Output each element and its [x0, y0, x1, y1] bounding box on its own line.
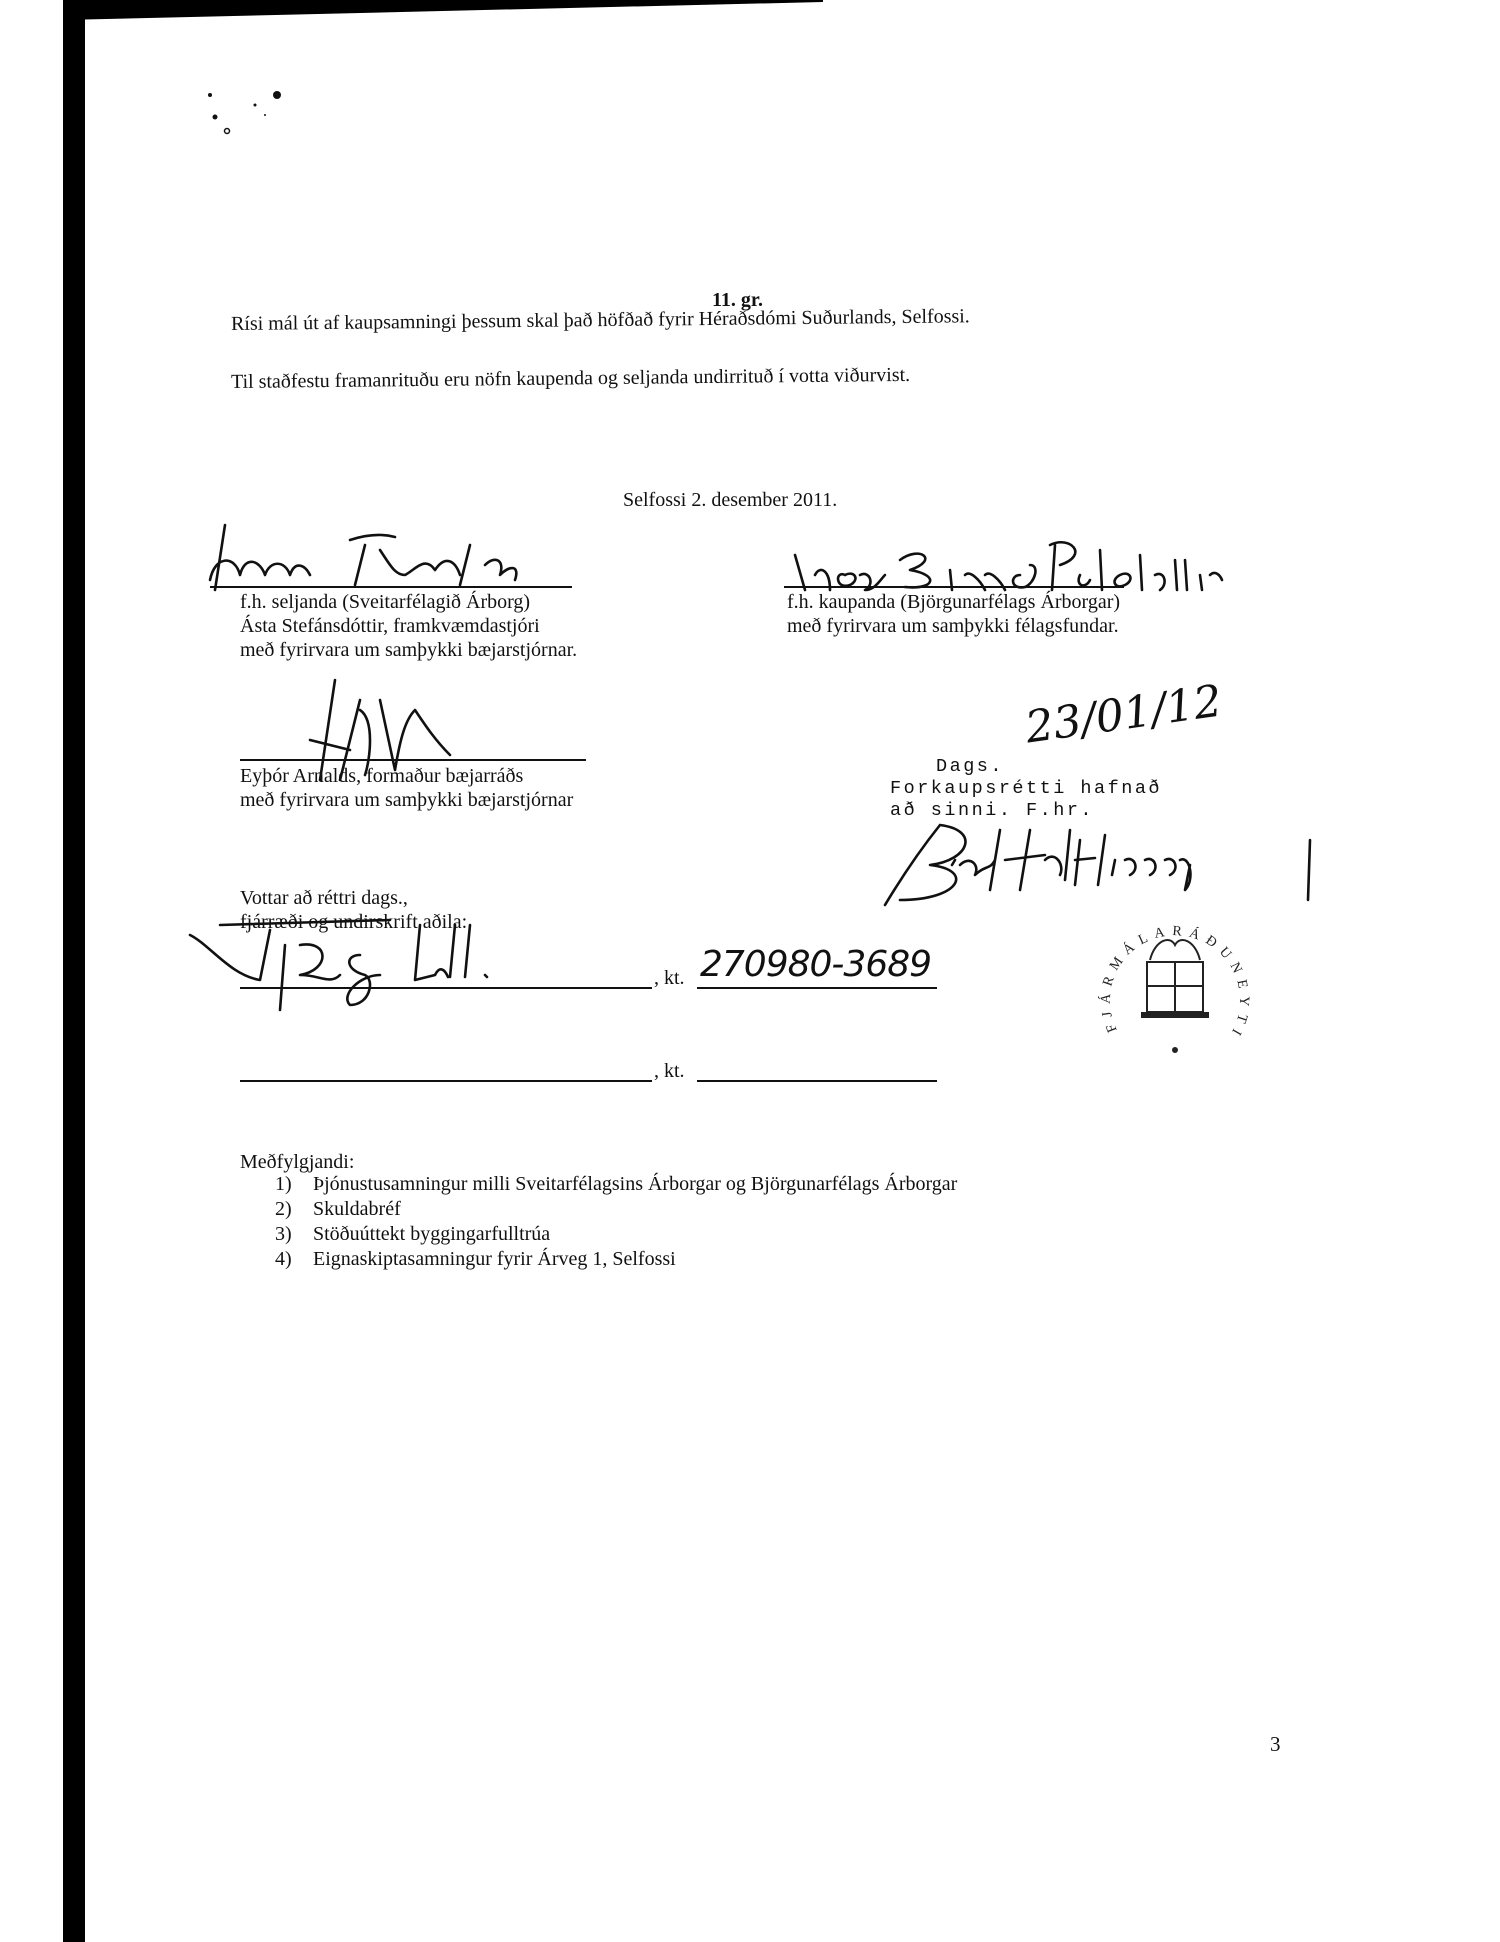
- attachments-list: 1)Þjónustusamningur milli Sveitarfélagsi…: [275, 1172, 957, 1272]
- stamp-text: FJÁRMÁLARÁÐUNEYTIÐ: [1085, 890, 1251, 1044]
- witness-2-signature-line: [240, 1080, 652, 1082]
- attachments-label: Meðfylgjandi:: [240, 1150, 354, 1174]
- page-number: 3: [1270, 1732, 1281, 1757]
- witness-signature-1: [190, 915, 560, 1030]
- seller-signature: [205, 525, 625, 600]
- witness-1-kt-label: , kt.: [654, 966, 685, 990]
- attachment-item: 4)Eignaskiptasamningur fyrir Árveg 1, Se…: [275, 1247, 957, 1272]
- coat-of-arms-icon: [1141, 940, 1209, 1018]
- ministry-line-1: Forkaupsrétti hafnað: [890, 778, 1162, 800]
- scan-specks: [205, 85, 305, 145]
- witness-2-kt-label: , kt.: [654, 1059, 685, 1083]
- seller-line-3: með fyrirvara um samþykki bæjarstjórnar.: [240, 638, 577, 662]
- svg-text:FJÁRMÁLARÁÐUNEYTIÐ: FJÁRMÁLARÁÐUNEYTIÐ: [1085, 890, 1251, 1044]
- paragraph-confirmation: Til staðfestu framanrituðu eru nöfn kaup…: [231, 363, 910, 394]
- seller-signature-line: [210, 586, 572, 588]
- ministry-date-label: Dags.: [936, 756, 1004, 778]
- council-signature-line: [240, 759, 586, 761]
- place-date: Selfossi 2. desember 2011.: [623, 488, 837, 512]
- paragraph-jurisdiction: Rísi mál út af kaupsamningi þessum skal …: [231, 304, 970, 336]
- council-line-2: með fyrirvara um samþykki bæjarstjórnar: [240, 788, 573, 812]
- handwritten-date: 23/01/12: [1022, 676, 1225, 753]
- witness-1-kt-value: 270980-3689: [700, 945, 931, 985]
- scan-border-top: [63, 0, 823, 20]
- attachment-item: 1)Þjónustusamningur milli Sveitarfélagsi…: [275, 1172, 957, 1197]
- attachment-item: 2)Skuldabréf: [275, 1197, 957, 1222]
- witness-1-signature-line: [240, 987, 652, 989]
- buyer-line-2: með fyrirvara um samþykki félagsfundar.: [787, 614, 1119, 638]
- buyer-signature-line: [784, 586, 1124, 588]
- scan-border-left: [63, 0, 85, 1942]
- buyer-line-1: f.h. kaupanda (Björgunarfélags Árborgar): [787, 590, 1120, 614]
- witness-2-kt-line: [697, 1080, 937, 1082]
- seller-line-1: f.h. seljanda (Sveitarfélagið Árborg): [240, 590, 530, 614]
- witness-1-kt-line: [697, 987, 937, 989]
- council-line-1: Eyþór Arnalds, formaður bæjarráðs: [240, 764, 523, 788]
- witness-line-1: Vottar að réttri dags.,: [240, 886, 408, 910]
- attachment-item: 3)Stöðuúttekt byggingarfulltrúa: [275, 1222, 957, 1247]
- seller-line-2: Ásta Stefánsdóttir, framkvæmdastjóri: [240, 614, 540, 638]
- ministry-stamp: FJÁRMÁLARÁÐUNEYTIÐ: [1085, 890, 1265, 1070]
- ministry-line-2: að sinni. F.hr.: [890, 800, 1094, 822]
